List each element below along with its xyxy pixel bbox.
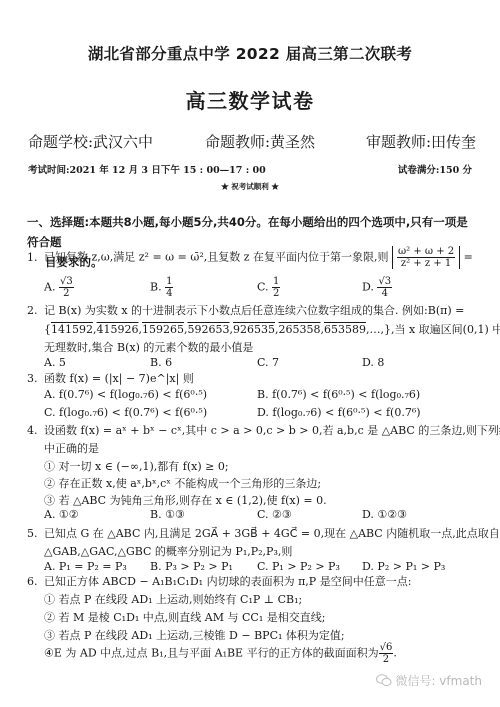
question-stem: 函数 f(x) = (|x| − 7)e^|x| 则 <box>44 372 194 385</box>
question-stem-line2: ,…,},当 x 取遍区间(0,1) 中的所有 <box>366 323 500 336</box>
fraction-denominator: z² + z + 1 <box>397 258 455 269</box>
option-d[interactable]: D. ①②③ <box>362 508 407 521</box>
set-item: 265358 <box>279 323 321 336</box>
option-b[interactable]: B. f(0.7⁶) < f(6⁰·⁵) < f(log₀.₇6) <box>257 388 420 401</box>
exam-title: 湖北省部分重点中学 2022 届高三第二次联考 <box>0 42 500 64</box>
fraction-numerator: √3 <box>377 276 392 288</box>
fraction-numerator: √3 <box>59 276 74 288</box>
option-d[interactable]: D. f(log₀.₇6) < f(6⁰·⁵) < f(0.7⁶) <box>257 406 421 419</box>
option-c[interactable]: C. 12 <box>257 276 280 299</box>
fraction-numerator: √6 <box>379 642 394 654</box>
fraction-denominator: 4 <box>377 288 392 299</box>
question-stem-line1: 已知点 G 在 △ABC 内,且满足 2GA⃗ + 3GB⃗ + 4GC⃗ = … <box>44 527 500 540</box>
set-item: 415926 <box>97 323 139 336</box>
question-5: 5.已知点 G 在 △ABC 内,且满足 2GA⃗ + 3GB⃗ + 4GC⃗ … <box>27 525 500 543</box>
question-6: 6.已知正方体 ABCD − A₁B₁C₁D₁ 内切球的表面积为 π,P 是空间… <box>27 573 411 591</box>
option-b[interactable]: B. 14 <box>150 276 173 299</box>
statement-2: ② 若 M 是棱 C₁D₁ 中点,则直线 AM 与 CC₁ 是相交直线; <box>44 609 325 627</box>
question-stem: 已知复数 z,ω,满足 z² = ω = ω̄²,且复数 z 在复平面内位于第一… <box>44 251 389 264</box>
option-a[interactable]: A. ①② <box>44 508 79 521</box>
exam-time: 考试时间:2021 年 12 月 3 日下午 15 : 00—17 : 00 <box>28 162 266 176</box>
exam-subtitle: 高三数学试卷 <box>0 85 500 114</box>
set-item: 653589 <box>324 323 366 336</box>
option-d[interactable]: D. 8 <box>362 356 384 369</box>
option-b[interactable]: B. P₃ > P₂ > P₁ <box>150 560 233 573</box>
option-label: A. <box>44 281 55 294</box>
statement-2: ② 存在正数 x,使 aˣ,bˣ,cˣ 不能构成一个三角形的三条边; <box>44 475 321 493</box>
question-3: 3.函数 f(x) = (|x| − 7)e^|x| 则 <box>27 370 194 388</box>
author-label: 命题教师:黄圣然 <box>205 131 315 152</box>
set-item: 926535 <box>233 323 275 336</box>
option-c[interactable]: C. 7 <box>257 356 279 369</box>
statement-4: ④E 为 AD 中点,过点 B₁,且与平面 A₁BE 平行的正方体的截面面积为√… <box>44 642 397 665</box>
question-4: 4.设函数 f(x) = aˣ + bˣ − cˣ,其中 c > a > 0,c… <box>27 422 500 440</box>
option-b[interactable]: B. ①③ <box>150 508 185 521</box>
question-2-line3: 无理数时,集合 B(x) 的元素个数的最小值是 <box>44 339 253 357</box>
question-stem-line1: 已知正方体 ABCD − A₁B₁C₁D₁ 内切球的表面积为 π,P 是空间中任… <box>44 575 411 588</box>
school-label: 命题学校:武汉六中 <box>28 131 153 152</box>
statement-1: ① 若点 P 在线段 AD₁ 上运动,则始终有 C₁P ⊥ CB₁; <box>44 591 302 609</box>
set-item: 592653 <box>188 323 230 336</box>
question-2-set: {141592,415926,159265,592653,926535,2653… <box>44 321 500 339</box>
option-b[interactable]: B. 6 <box>150 356 172 369</box>
watermark: 微信号: vfmath <box>376 672 482 690</box>
question-5-line2: △GAB,△GAC,△GBC 的概率分别记为 P₁,P₂,P₃,则 <box>44 543 292 561</box>
option-a[interactable]: A. √32 <box>44 276 74 299</box>
question-number: 2. <box>27 302 44 320</box>
abs-value-expression: ω² + ω + 2z² + z + 1 <box>392 246 460 269</box>
period: . <box>393 647 397 660</box>
statement-1: ① 对一切 x ∈ (−∞,1),都有 f(x) ≥ 0; <box>44 458 229 476</box>
set-item: 141592 <box>51 323 93 336</box>
question-stem-line1: 设函数 f(x) = aˣ + bˣ − cˣ,其中 c > a > 0,c >… <box>44 424 500 437</box>
watermark-text: 微信号: vfmath <box>395 674 482 688</box>
set-item: 159265 <box>142 323 184 336</box>
fraction-numerator: 1 <box>165 276 173 288</box>
full-score: 试卷满分:150 分 <box>398 162 472 176</box>
good-luck-banner: ★ 祝考试顺利 ★ <box>0 181 500 192</box>
fraction-numerator: ω² + ω + 2 <box>397 246 455 258</box>
question-number: 1. <box>27 249 44 267</box>
option-a[interactable]: A. 5 <box>44 356 66 369</box>
question-number: 3. <box>27 370 44 388</box>
statement-4-text: ④E 为 AD 中点,过点 B₁,且与平面 A₁BE 平行的正方体的截面面积为 <box>44 647 379 660</box>
section-heading-line1: 一、选择题:本题共8小题,每小题5分,共40分。在每小题给出的四个选项中,只有一… <box>27 215 468 249</box>
fraction-denominator: 4 <box>165 288 173 299</box>
option-d[interactable]: D. √34 <box>362 276 392 299</box>
option-label: B. <box>150 281 162 294</box>
equals-sign: = <box>464 251 473 264</box>
option-a[interactable]: A. P₁ = P₂ = P₃ <box>44 560 127 573</box>
question-number: 6. <box>27 573 44 591</box>
option-c[interactable]: C. ②③ <box>257 508 292 521</box>
question-number: 5. <box>27 525 44 543</box>
reviewer-label: 审题教师:田传奎 <box>366 131 476 152</box>
option-c[interactable]: C. f(log₀.₇6) < f(0.7⁶) < f(6⁰·⁵) <box>44 406 207 419</box>
fraction-denominator: 2 <box>272 288 280 299</box>
fraction-denominator: 2 <box>379 654 394 665</box>
question-stem-line1: 记 B(x) 为实数 x 的十进制表示下小数点后任意连续六位数字组成的集合. 例… <box>44 304 464 317</box>
question-4-line2: 中正确的是 <box>44 440 99 458</box>
question-1: 1.已知复数 z,ω,满足 z² = ω = ω̄²,且复数 z 在复平面内位于… <box>27 246 473 269</box>
option-c[interactable]: C. P₁ > P₂ > P₃ <box>257 560 340 573</box>
wechat-icon <box>376 674 392 690</box>
question-2: 2.记 B(x) 为实数 x 的十进制表示下小数点后任意连续六位数字组成的集合.… <box>27 302 464 320</box>
option-d[interactable]: D. P₂ > P₁ > P₃ <box>362 560 445 573</box>
option-a[interactable]: A. f(0.7⁶) < f(log₀.₇6) < f(6⁰·⁵) <box>44 388 207 401</box>
fraction-numerator: 1 <box>272 276 280 288</box>
option-label: D. <box>362 281 374 294</box>
fraction-denominator: 2 <box>59 288 74 299</box>
question-number: 4. <box>27 422 44 440</box>
option-label: C. <box>257 281 269 294</box>
